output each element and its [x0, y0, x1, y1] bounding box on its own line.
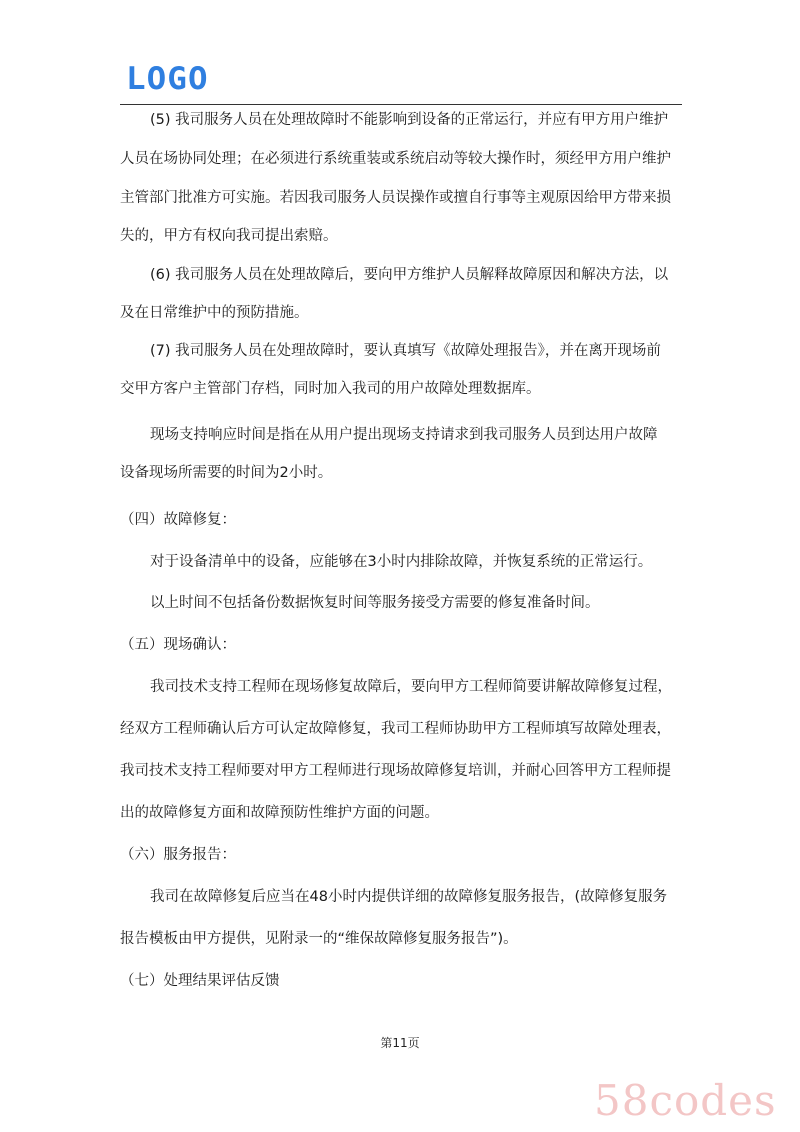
text-line: 报告模板由甲方提供，见附录一的“维保故障修复服务报告”)。: [120, 929, 518, 949]
text-line: （四）故障修复：: [120, 510, 236, 530]
text-line: 失的，甲方有权向我司提出索赔。: [120, 226, 338, 246]
text-line: 出的故障修复方面和故障预防性维护方面的问题。: [120, 803, 439, 823]
text-line: 及在日常维护中的预防措施。: [120, 303, 309, 323]
text-line: 现场支持响应时间是指在从用户提出现场支持请求到我司服务人员到达用户故障: [150, 425, 658, 445]
text-line: 人员在场协同处理；在必须进行系统重装或系统启动等较大操作时，须经甲方用户维护: [120, 149, 671, 169]
text-line: （五）现场确认：: [120, 635, 236, 655]
text-line: 我司在故障修复后应当在48小时内提供详细的故障修复服务报告，(故障修复服务: [150, 887, 667, 907]
text-line: 主管部门批准方可实施。若因我司服务人员误操作或擅自行事等主观原因给甲方带来损: [120, 188, 671, 208]
text-line: 交甲方客户主管部门存档，同时加入我司的用户故障处理数据库。: [120, 379, 541, 399]
text-line: (7) 我司服务人员在处理故障时，要认真填写《故障处理报告》，并在离开现场前: [150, 341, 661, 361]
text-line: 经双方工程师确认后方可认定故障修复，我司工程师协助甲方工程师填写故障处理表，: [120, 719, 671, 739]
text-line: 我司技术支持工程师要对甲方工程师进行现场故障修复培训，并耐心回答甲方工程师提: [120, 761, 671, 781]
text-line: 设备现场所需要的时间为2小时。: [120, 463, 332, 483]
text-line: 我司技术支持工程师在现场修复故障后，要向甲方工程师简要讲解故障修复过程，: [150, 677, 672, 697]
watermark: 58codes: [594, 1076, 777, 1126]
text-line: 对于设备清单中的设备，应能够在3小时内排除故障，并恢复系统的正常运行。: [150, 552, 652, 572]
text-line: （七）处理结果评估反馈: [120, 971, 280, 991]
page-number: 第11页: [0, 1034, 800, 1051]
text-line: (5) 我司服务人员在处理故障时不能影响到设备的正常运行，并应有甲方用户维护: [150, 110, 668, 130]
text-line: （六）服务报告：: [120, 845, 236, 865]
text-line: (6) 我司服务人员在处理故障后，要向甲方维护人员解释故障原因和解决方法，以: [150, 265, 668, 285]
text-line: 以上时间不包括备份数据恢复时间等服务接受方需要的修复准备时间。: [150, 593, 600, 613]
logo: LOGO: [126, 62, 209, 96]
header-divider: [120, 104, 682, 105]
